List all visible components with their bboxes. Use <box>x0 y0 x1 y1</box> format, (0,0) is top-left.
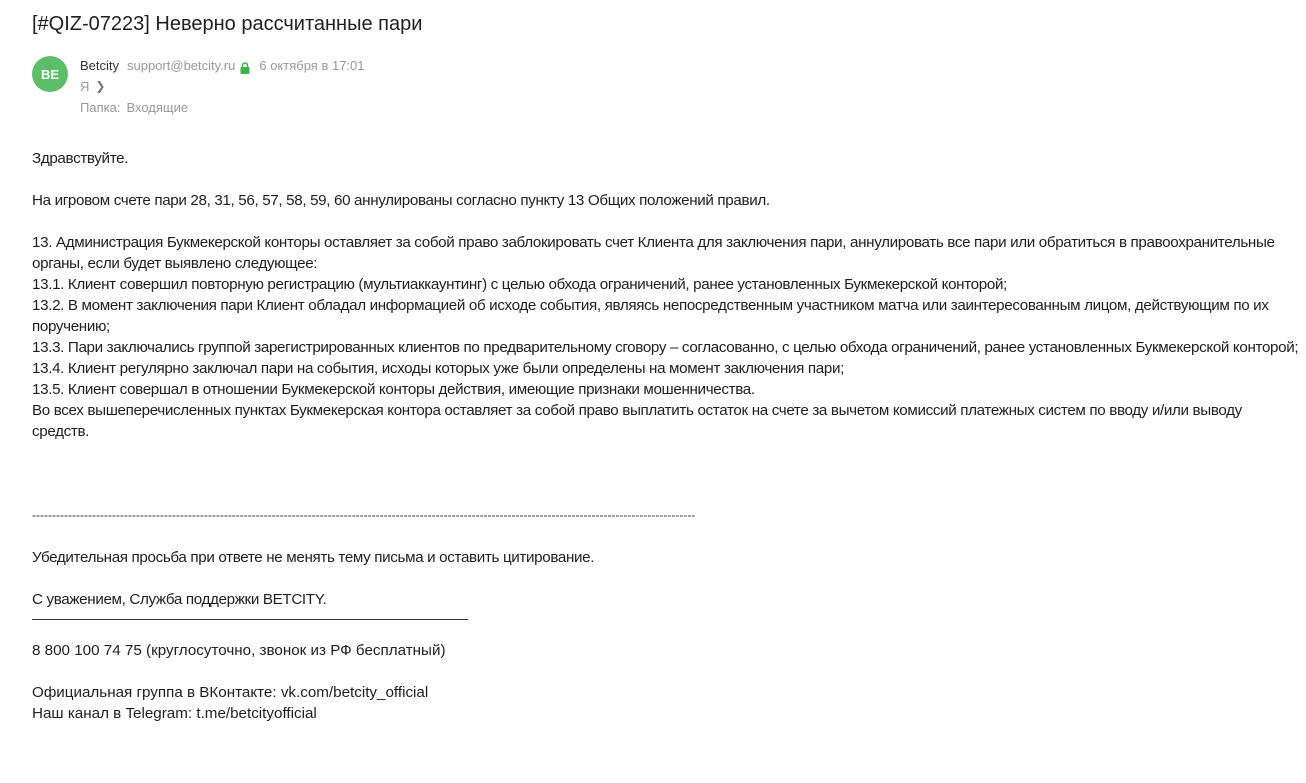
rule-item: 13.4. Клиент регулярно заключал пари на … <box>32 358 1302 379</box>
email-date: 6 октября в 17:01 <box>259 55 364 76</box>
lock-icon <box>240 59 250 71</box>
vk-link[interactable]: Официальная группа в ВКонтакте: vk.com/b… <box>32 682 1302 703</box>
intro-text: На игровом счете пари 28, 31, 56, 57, 58… <box>32 190 1302 211</box>
sender-email[interactable]: support@betcity.ru <box>127 55 235 76</box>
email-body: Здравствуйте. На игровом счете пари 28, … <box>32 148 1302 724</box>
folder-label: Папка: <box>80 97 120 118</box>
sender-name[interactable]: Betcity <box>80 55 119 76</box>
recipient-toggle[interactable]: Я ❯ <box>80 76 365 97</box>
greeting: Здравствуйте. <box>32 148 1302 169</box>
closing-rule: Во всех вышеперечисленных пунктах Букмек… <box>32 400 1302 442</box>
request-text: Убедительная просьба при ответе не менят… <box>32 547 1302 568</box>
rule-13: 13. Администрация Букмекерской конторы о… <box>32 232 1302 274</box>
rule-item: 13.5. Клиент совершал в отношении Букмек… <box>32 379 1302 400</box>
recipient-name: Я <box>80 76 89 97</box>
phone-text: 8 800 100 74 75 (круглосуточно, звонок и… <box>32 640 1302 661</box>
telegram-link[interactable]: Наш канал в Telegram: t.me/betcityoffici… <box>32 703 1302 724</box>
email-meta: Betcity support@betcity.ru 6 октября в 1… <box>80 55 365 118</box>
signature-divider <box>32 618 468 620</box>
signature: С уважением, Служба поддержки BETCITY. <box>32 589 1302 610</box>
chevron-right-icon: ❯ <box>95 76 105 97</box>
separator-line: ----------------------------------------… <box>32 505 712 526</box>
folder-info: Папка: Входящие <box>80 97 365 118</box>
rule-item: 13.3. Пари заключались группой зарегистр… <box>32 337 1302 358</box>
rule-item: 13.2. В момент заключения пари Клиент об… <box>32 295 1302 337</box>
folder-value[interactable]: Входящие <box>126 97 188 118</box>
email-subject: [#QIZ-07223] Неверно рассчитанные пари <box>32 13 422 36</box>
rule-item: 13.1. Клиент совершил повторную регистра… <box>32 274 1302 295</box>
sender-avatar[interactable]: BE <box>32 56 68 92</box>
